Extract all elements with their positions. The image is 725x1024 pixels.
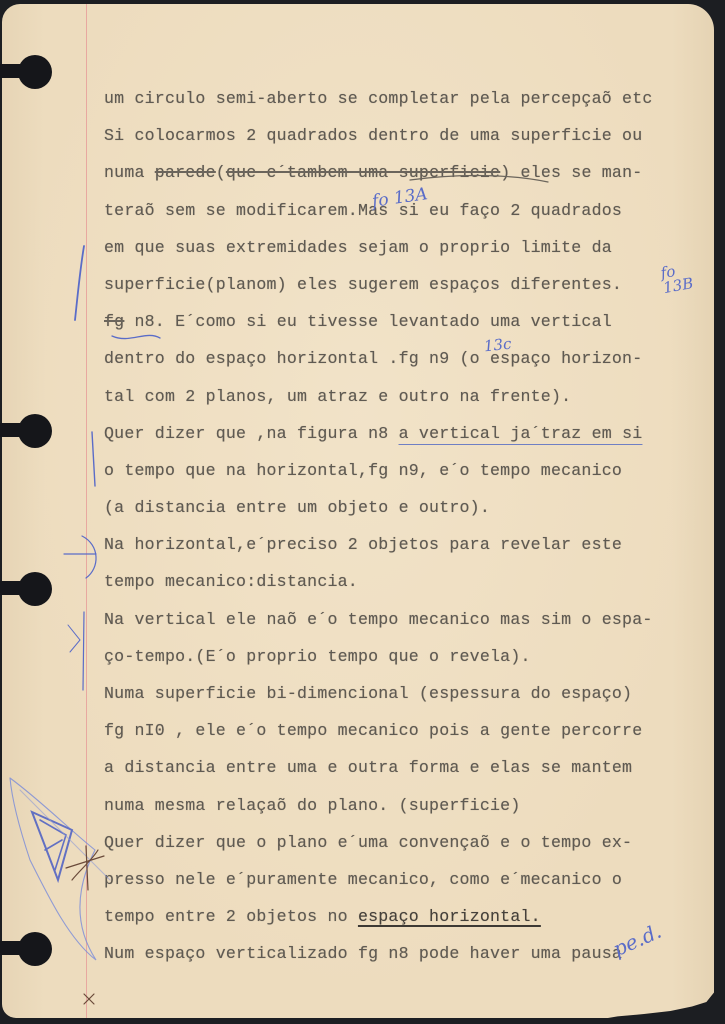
text-segment-struck: parede	[155, 163, 216, 182]
text-line: dentro do espaço horizontal .fg n9 (o es…	[104, 340, 653, 377]
text-segment: Num espaço verticalizado fg n8 pode have…	[104, 944, 622, 963]
text-line: Si colocarmos 2 quadrados dentro de uma …	[104, 117, 653, 154]
text-segment: ço-tempo.(E´o proprio tempo que o revela…	[104, 647, 531, 666]
text-line: Quer dizer que ,na figura n8 a vertical …	[104, 415, 653, 452]
text-segment: dentro do espaço horizontal .fg n9 (o es…	[104, 349, 642, 368]
text-line: numa parede(que e´tambem uma superficie)…	[104, 154, 653, 191]
text-line: fg n8. E´como si eu tivesse levantado um…	[104, 303, 653, 340]
text-segment-struck: que e´tambem uma superficie	[226, 163, 500, 182]
text-segment: Quer dizer que o plano e´uma convençaõ e…	[104, 833, 632, 852]
text-line: tempo entre 2 objetos no espaço horizont…	[104, 898, 653, 935]
text-segment: (a distancia entre um objeto e outro).	[104, 498, 490, 517]
text-line: superficie(planom) eles sugerem espaços …	[104, 266, 653, 303]
binder-hole	[0, 55, 54, 89]
text-segment: fg nI0 , ele e´o tempo mecanico pois a g…	[104, 721, 642, 740]
margin-rule	[86, 4, 87, 1018]
typed-body-text: um circulo semi-aberto se completar pela…	[104, 80, 653, 973]
text-segment: superficie(planom) eles sugerem espaços …	[104, 275, 622, 294]
text-line: presso nele e´puramente mecanico, como e…	[104, 861, 653, 898]
text-line: a distancia entre uma e outra forma e el…	[104, 749, 653, 786]
text-segment: tal com 2 planos, um atraz e outro na fr…	[104, 387, 571, 406]
handwritten-note: fo 13B	[660, 262, 691, 296]
text-segment: Numa superficie bi-dimencional (espessur…	[104, 684, 632, 703]
text-line: fg nI0 , ele e´o tempo mecanico pois a g…	[104, 712, 653, 749]
text-line: tal com 2 planos, um atraz e outro na fr…	[104, 378, 653, 415]
text-segment: Si colocarmos 2 quadrados dentro de uma …	[104, 126, 642, 145]
text-line: Na horizontal,e´preciso 2 objetos para r…	[104, 526, 653, 563]
text-segment: um circulo semi-aberto se completar pela…	[104, 89, 653, 108]
text-line: um circulo semi-aberto se completar pela…	[104, 80, 653, 117]
text-line: tempo mecanico:distancia.	[104, 563, 653, 600]
text-segment: Na vertical ele naõ e´o tempo mecanico m…	[104, 610, 653, 629]
text-line: ço-tempo.(E´o proprio tempo que o revela…	[104, 638, 653, 675]
binder-hole	[0, 572, 54, 606]
binder-hole	[0, 932, 54, 966]
text-segment-struck: fg	[104, 312, 124, 331]
text-segment: presso nele e´puramente mecanico, como e…	[104, 870, 622, 889]
text-line: Numa superficie bi-dimencional (espessur…	[104, 675, 653, 712]
text-segment: n8. E´como si eu tivesse levantado uma v…	[124, 312, 612, 331]
text-segment: tempo mecanico:distancia.	[104, 572, 358, 591]
text-line: o tempo que na horizontal,fg n9, e´o tem…	[104, 452, 653, 489]
text-line: em que suas extremidades sejam o proprio…	[104, 229, 653, 266]
text-segment: a distancia entre uma e outra forma e el…	[104, 758, 632, 777]
text-segment: ) eles se man-	[500, 163, 642, 182]
text-segment: tempo entre 2 objetos no	[104, 907, 358, 926]
text-segment: o tempo que na horizontal,fg n9, e´o tem…	[104, 461, 622, 480]
text-line: Quer dizer que o plano e´uma convençaõ e…	[104, 824, 653, 861]
text-line: Na vertical ele naõ e´o tempo mecanico m…	[104, 601, 653, 638]
text-line: (a distancia entre um objeto e outro).	[104, 489, 653, 526]
text-segment: Quer dizer que ,na figura n8	[104, 424, 399, 443]
text-segment: (	[216, 163, 226, 182]
text-line: numa mesma relaçaõ do plano. (superficie…	[104, 787, 653, 824]
text-segment-underline-pen: a vertical ja´traz em si	[399, 424, 643, 443]
text-segment: Na horizontal,e´preciso 2 objetos para r…	[104, 535, 622, 554]
torn-corner	[596, 990, 716, 1020]
text-segment-underline-typed: espaço horizontal.	[358, 907, 541, 926]
handwritten-note: 13c	[483, 337, 512, 355]
text-segment: numa mesma relaçaõ do plano. (superficie…	[104, 796, 520, 815]
binder-hole	[0, 414, 54, 448]
text-segment: teraõ sem se modificarem.Mas si eu faço …	[104, 201, 622, 220]
text-line: Num espaço verticalizado fg n8 pode have…	[104, 935, 653, 972]
text-segment: numa	[104, 163, 155, 182]
text-segment: em que suas extremidades sejam o proprio…	[104, 238, 612, 257]
